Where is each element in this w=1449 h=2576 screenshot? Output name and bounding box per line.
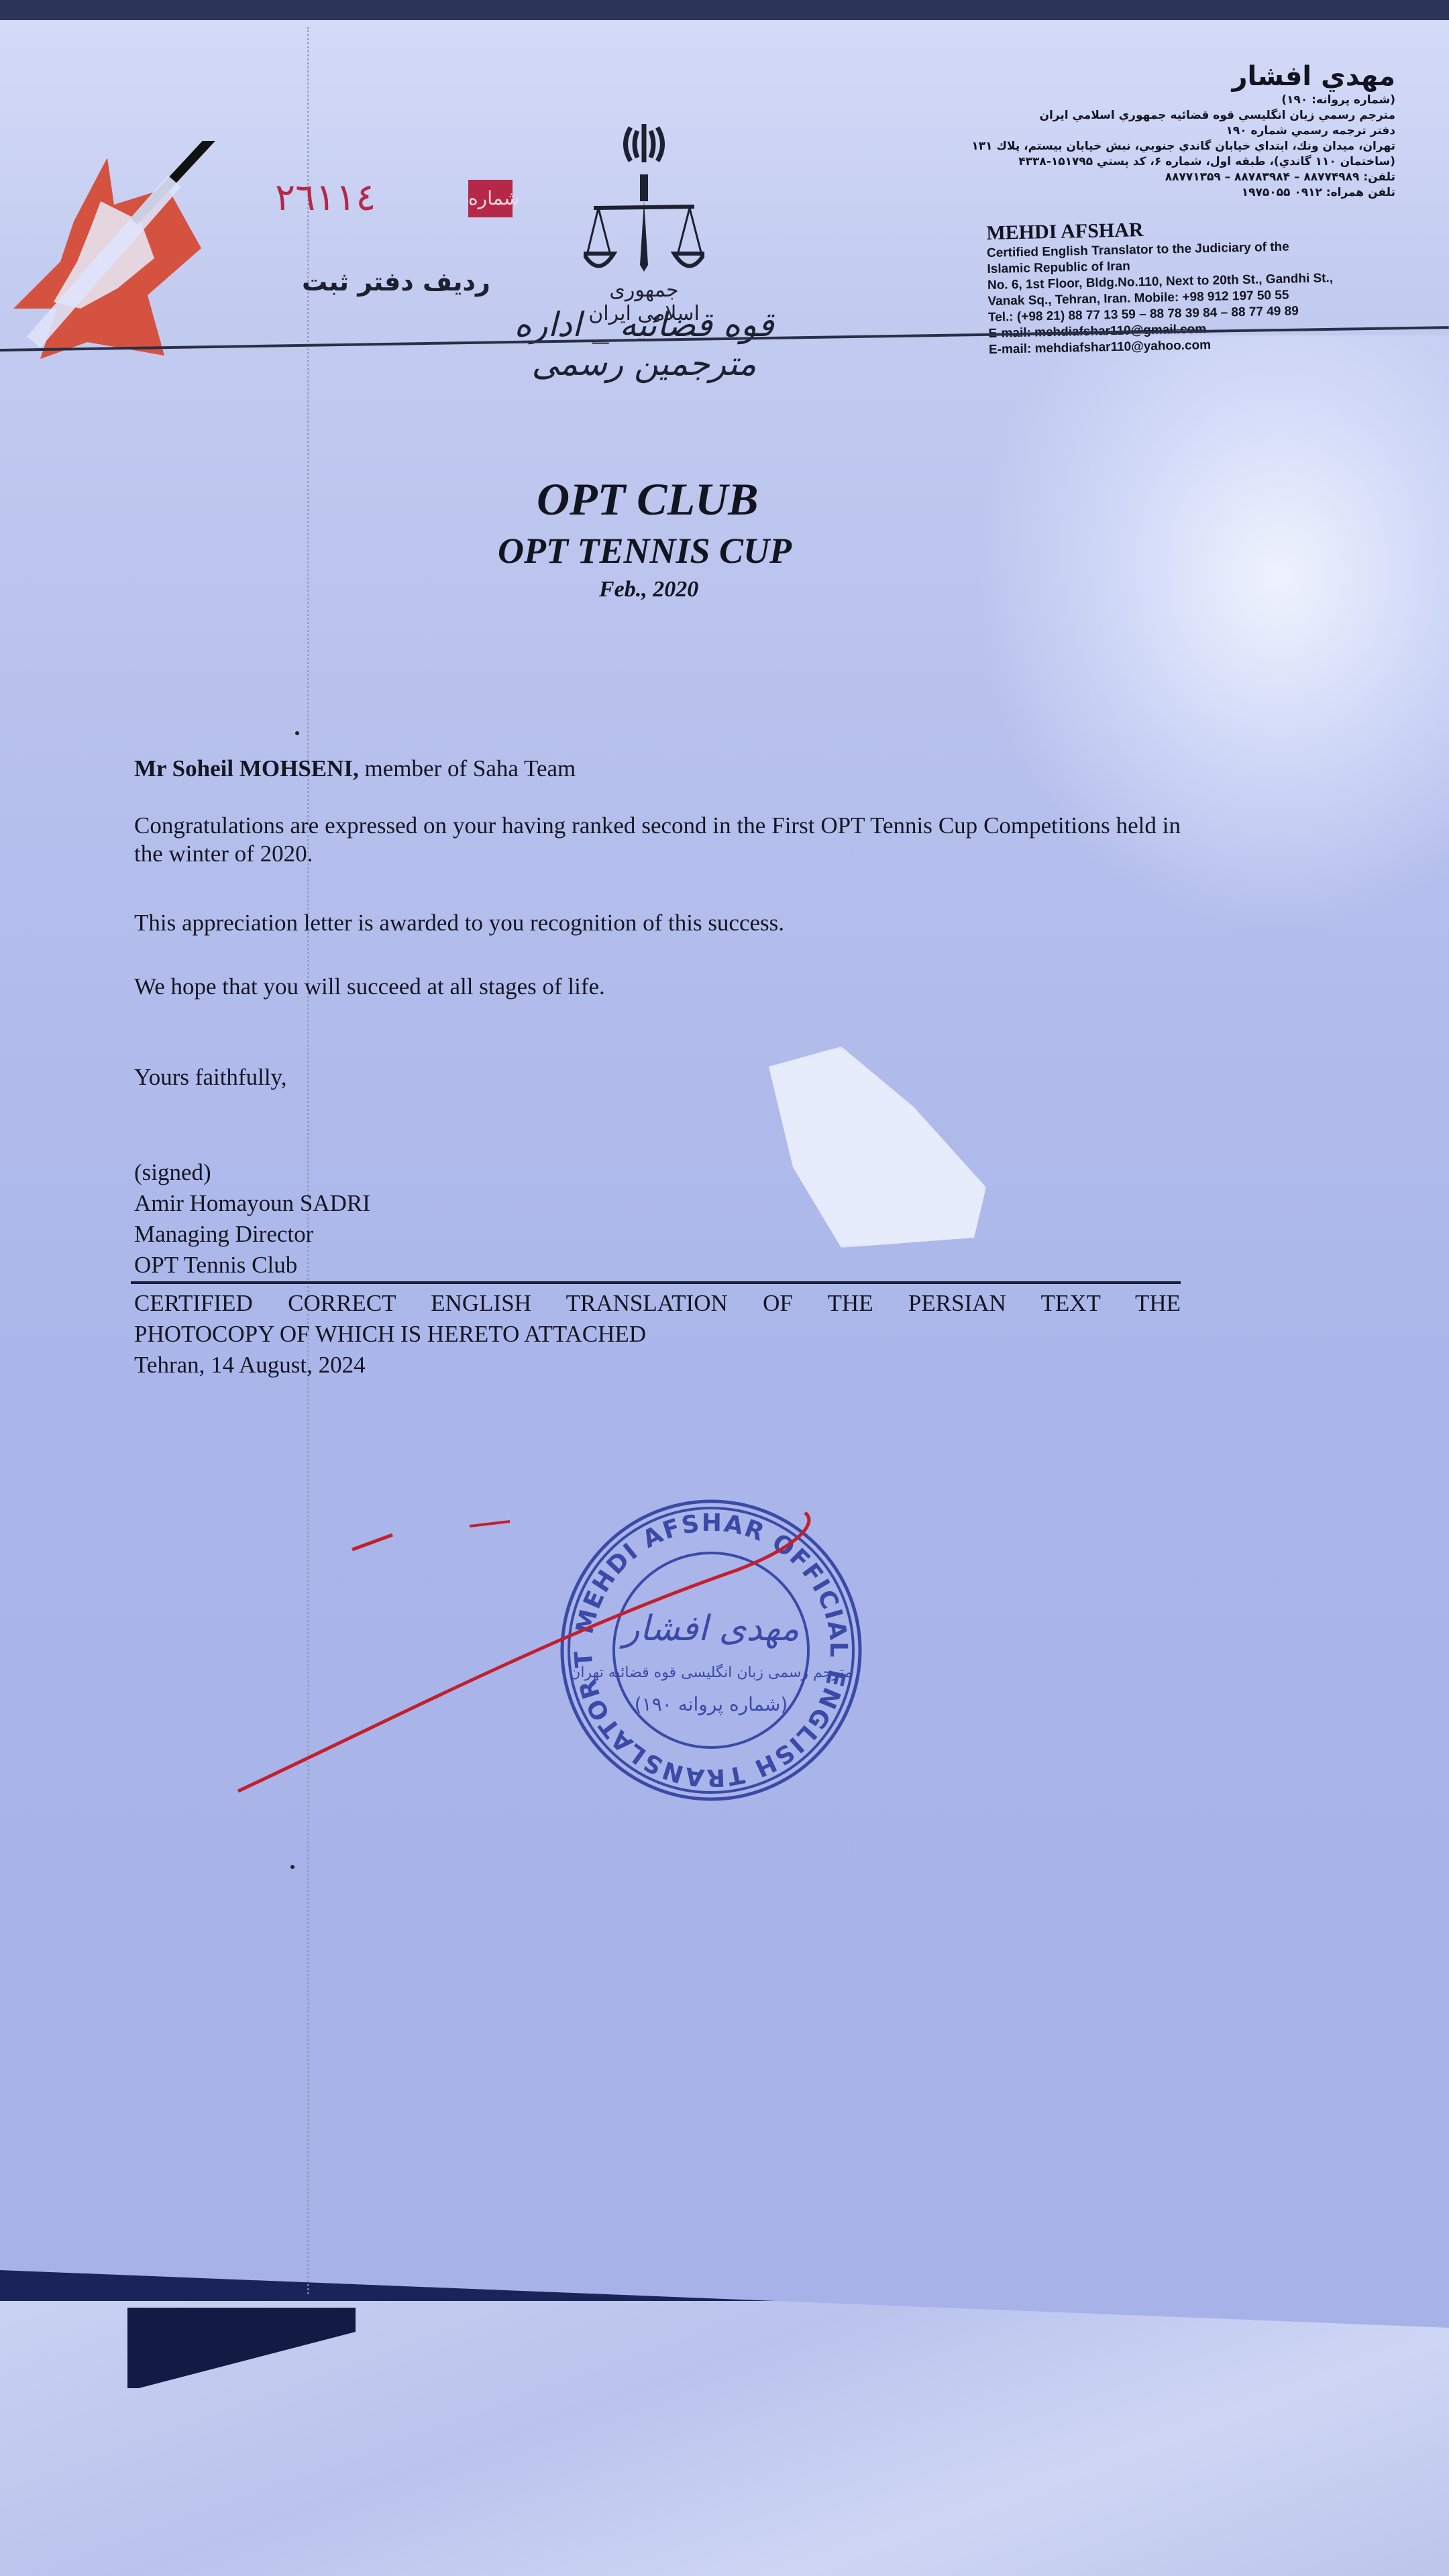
translator-persian-letterhead: مهدي افشار (شماره پروانه: ۱۹۰) مترجم رسم… xyxy=(946,60,1395,201)
signature-block: (signed) Amir Homayoun SADRI Managing Di… xyxy=(134,1157,1181,1281)
fa-line: تلفن: ۸۸۷۷۴۹۸۹ – ۸۸۷۸۳۹۸۴ – ۸۸۷۷۱۳۵۹ xyxy=(946,170,1395,185)
translator-english-letterhead: MEHDI AFSHAR Certified English Translato… xyxy=(986,212,1445,358)
title-club: OPT CLUB xyxy=(537,473,1449,526)
signer-role: Managing Director xyxy=(134,1219,1181,1250)
certification-line-2: PHOTOCOPY OF WHICH IS HERETO ATTACHED xyxy=(134,1319,1181,1350)
fa-line: مترجم رسمي زبان انگليسي قوه قضائيه جمهور… xyxy=(946,108,1395,123)
fa-line: تهران، ميدان ونك، ابتداي خيابان گاندي جن… xyxy=(946,139,1395,154)
paragraph-congratulations: Congratulations are expressed on your ha… xyxy=(134,812,1181,868)
signer-name: Amir Homayoun SADRI xyxy=(134,1188,1181,1219)
fa-line: (شماره پروانه: ۱۹۰) xyxy=(946,93,1395,108)
closing: Yours faithfully, xyxy=(134,1063,1181,1091)
star-logo-icon xyxy=(7,141,221,362)
title-date: Feb., 2020 xyxy=(599,577,1449,602)
paragraph-wishes: We hope that you will succeed at all sta… xyxy=(134,973,1181,1001)
translator-name-fa: مهدي افشار xyxy=(946,60,1395,93)
title-cup: OPT TENNIS CUP xyxy=(498,530,1449,572)
addressee: Mr Soheil MOHSENI, member of Saha Team xyxy=(134,755,1181,783)
fa-line: (ساختمان ۱۱۰ گاندي)، طبقه اول، شماره ۶، … xyxy=(946,154,1395,170)
signed-note: (signed) xyxy=(134,1157,1181,1188)
addressee-name: Mr Soheil MOHSENI, xyxy=(134,755,359,782)
certification-rule xyxy=(131,1281,1181,1284)
judiciary-scales-emblem-icon xyxy=(584,121,704,282)
certification-place-date: Tehran, 14 August, 2024 xyxy=(134,1350,1181,1381)
speck xyxy=(295,731,299,735)
registry-badge: شماره xyxy=(468,180,513,217)
signature-stroke xyxy=(228,1496,832,1805)
registry-number: ٢٦١١٤ xyxy=(275,176,376,219)
addressee-team: member of Saha Team xyxy=(359,755,576,782)
fa-line: تلفن همراه: ۰۹۱۲ ۱۹۷۵۰۵۵ xyxy=(946,185,1395,201)
speck xyxy=(290,1865,294,1869)
registry-label: رديف دفتر ثبت xyxy=(302,267,490,297)
certification-block: CERTIFIED CORRECT ENGLISH TRANSLATION OF… xyxy=(134,1288,1181,1381)
fa-line: دفتر ترجمه رسمي شماره ۱۹۰ xyxy=(946,123,1395,139)
signer-org: OPT Tennis Club xyxy=(134,1250,1181,1281)
paragraph-appreciation: This appreciation letter is awarded to y… xyxy=(134,909,1181,937)
certification-line-1: CERTIFIED CORRECT ENGLISH TRANSLATION OF… xyxy=(134,1288,1181,1319)
emblem-caption-main: قوه قضائیه _ اداره مترجمین رسمی xyxy=(483,305,805,383)
